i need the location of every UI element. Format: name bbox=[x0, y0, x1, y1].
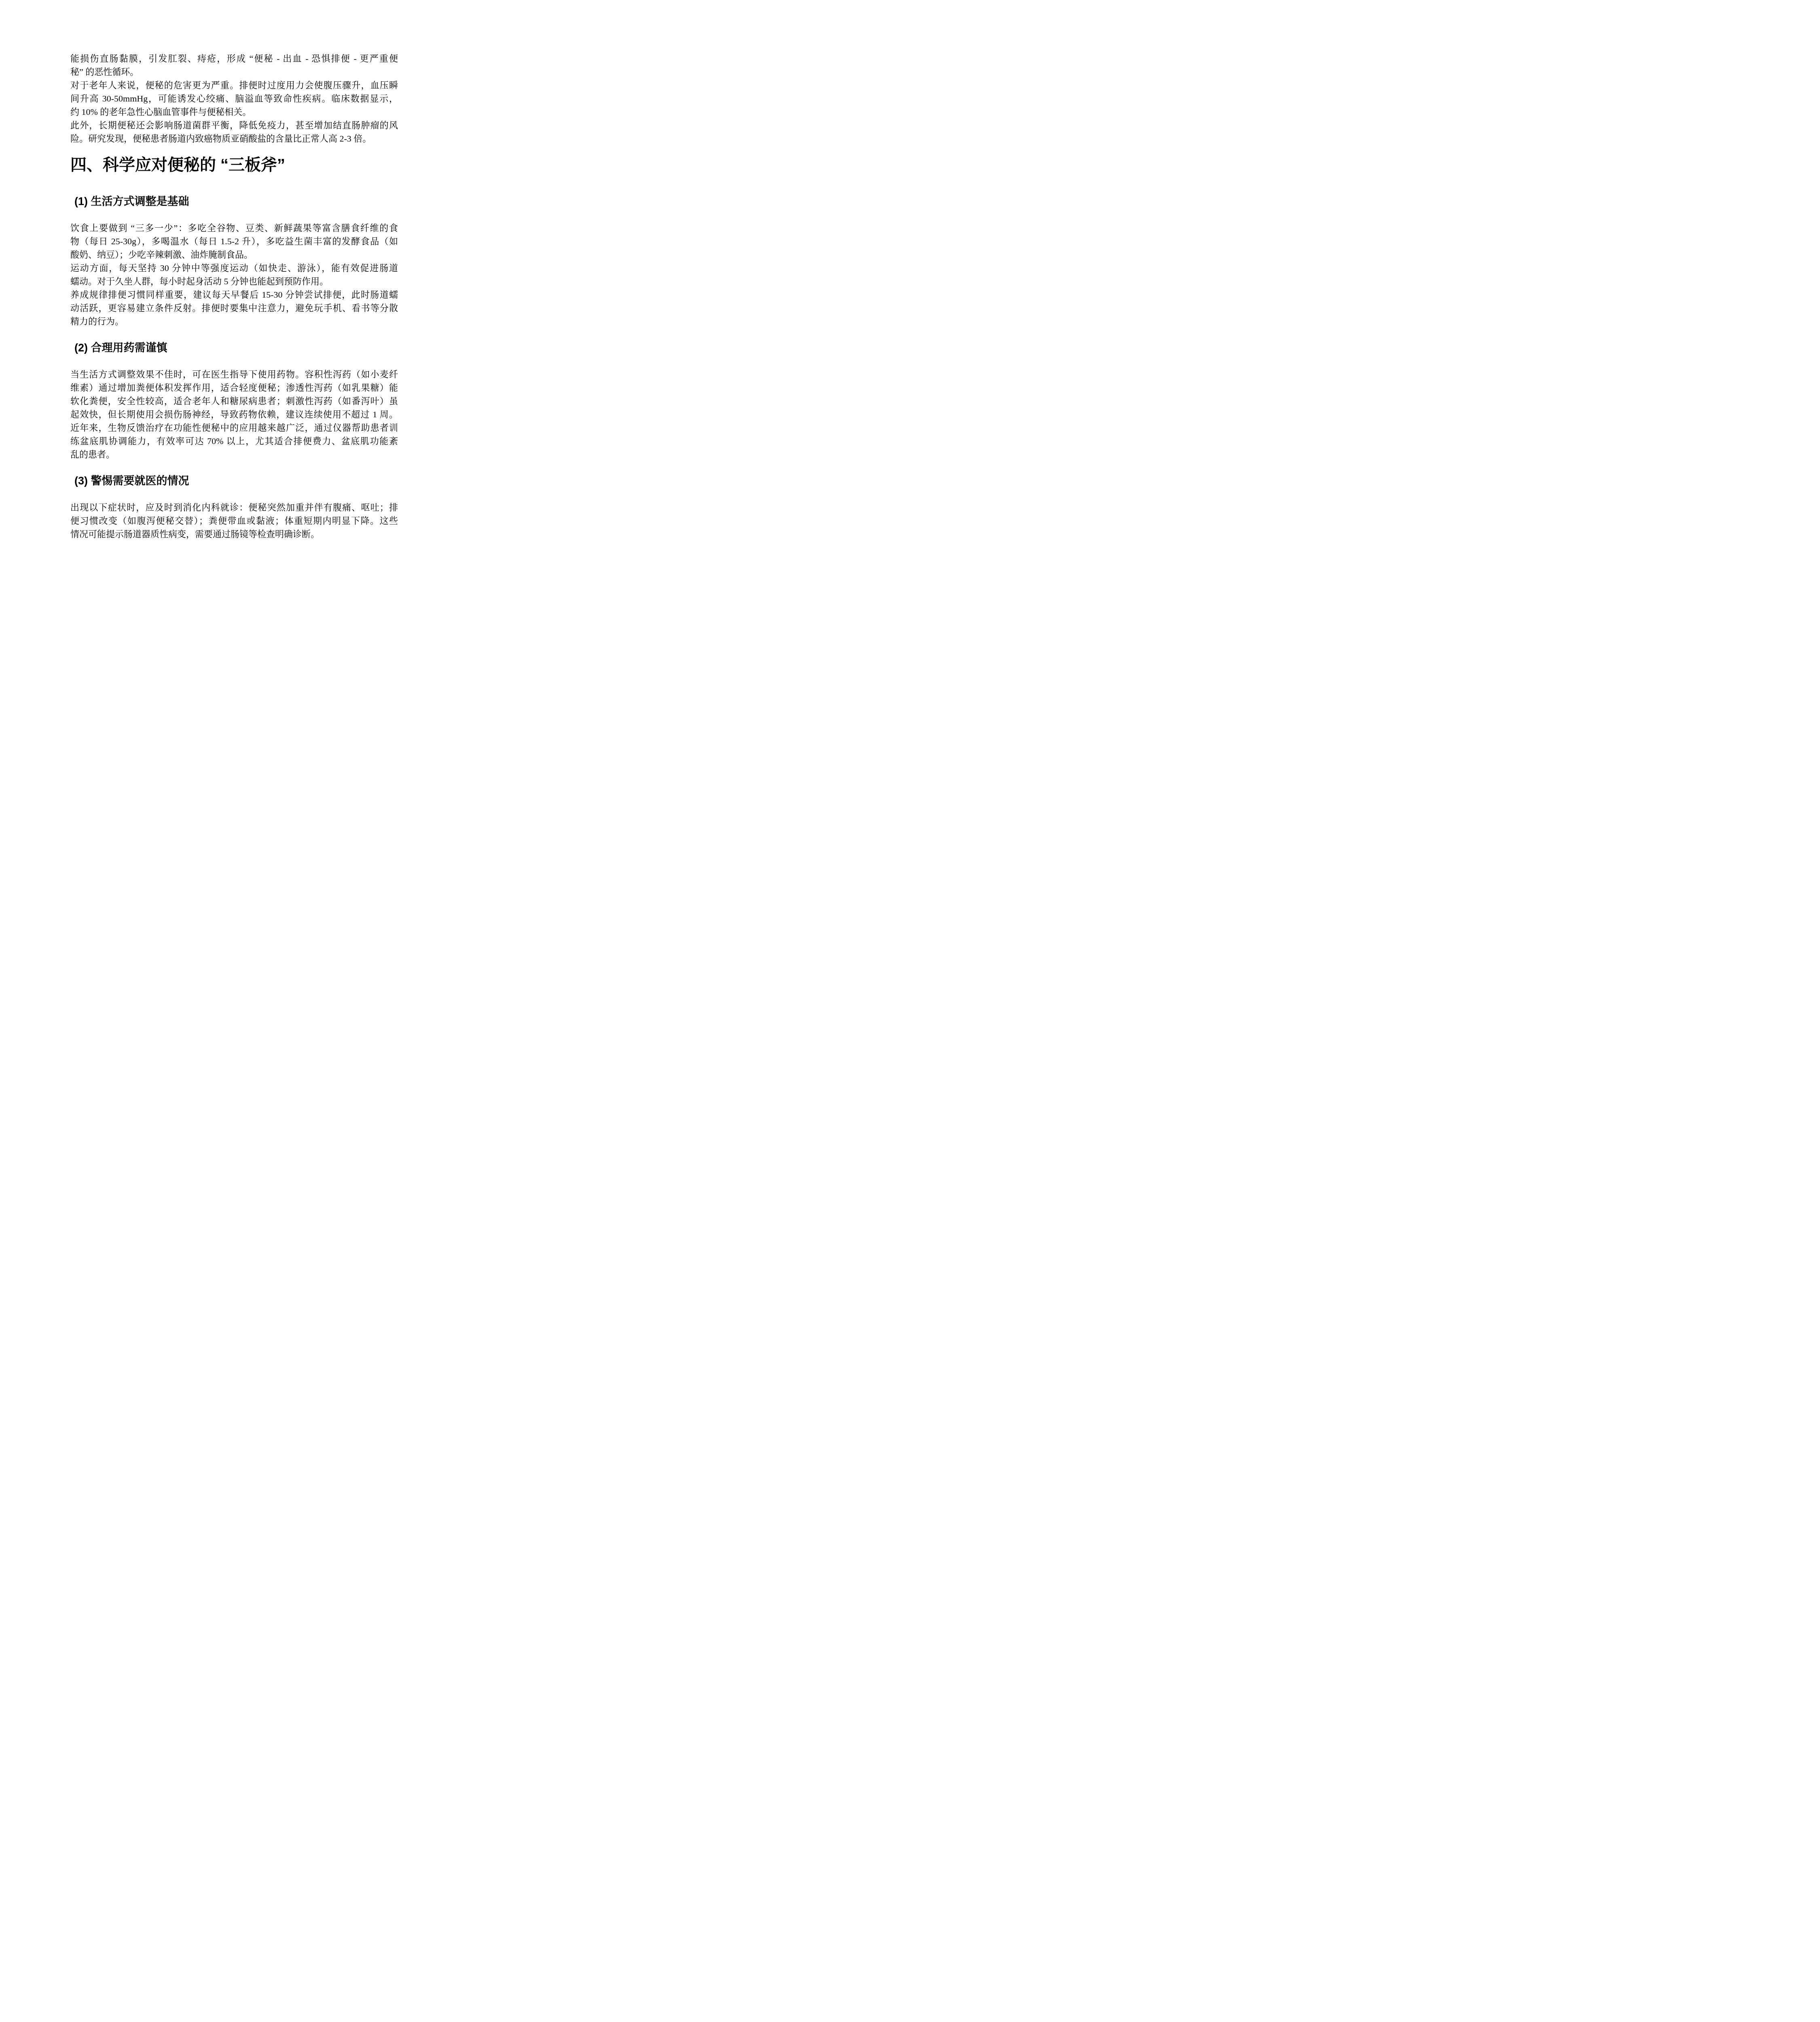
document-page: 能损伤直肠黏膜，引发肛裂、痔疮，形成 “便秘 - 出血 - 恐惧排便 - 更严重… bbox=[0, 0, 455, 643]
paragraph-line: 饮食上要做到 “三多一少”：多吃全谷物、豆类、新鲜蔬果等富含膳食纤维的食 bbox=[70, 221, 398, 235]
subsection-2-heading: (2) 合理用药需谨慎 bbox=[70, 340, 398, 355]
paragraph-line: 养成规律排便习惯同样重要，建议每天早餐后 15-30 分钟尝试排便，此时肠道蠕 bbox=[70, 288, 398, 301]
paragraph-line: 起效快，但长期使用会损伤肠神经，导致药物依赖，建议连续使用不超过 1 周。 bbox=[70, 408, 398, 421]
paragraph-line: 蠕动。对于久坐人群，每小时起身活动 5 分钟也能起到预防作用。 bbox=[70, 275, 398, 288]
paragraph-line: 动活跃，更容易建立条件反射。排便时要集中注意力，避免玩手机、看书等分散 bbox=[70, 301, 398, 315]
paragraph-line: 精力的行为。 bbox=[70, 315, 398, 328]
paragraph-line: 能损伤直肠黏膜，引发肛裂、痔疮，形成 “便秘 - 出血 - 恐惧排便 - 更严重… bbox=[70, 52, 398, 65]
paragraph-line: 近年来，生物反馈治疗在功能性便秘中的应用越来越广泛，通过仪器帮助患者训 bbox=[70, 421, 398, 434]
paragraph-line: 软化粪便，安全性较高，适合老年人和糖尿病患者；刺激性泻药（如番泻叶）虽 bbox=[70, 394, 398, 408]
paragraph-line: 秘” 的恶性循环。 bbox=[70, 65, 398, 78]
paragraph-line: 物（每日 25-30g），多喝温水（每日 1.5-2 升），多吃益生菌丰富的发酵… bbox=[70, 235, 398, 248]
subsection-1-heading: (1) 生活方式调整是基础 bbox=[70, 194, 398, 209]
section-heading: 四、科学应对便秘的 “三板斧” bbox=[70, 155, 398, 175]
subsection-3-heading: (3) 警惕需要就医的情况 bbox=[70, 473, 398, 489]
paragraph-line: 当生活方式调整效果不佳时，可在医生指导下使用药物。容积性泻药（如小麦纤 bbox=[70, 368, 398, 381]
paragraph-line: 酸奶、纳豆）；少吃辛辣刺激、油炸腌制食品。 bbox=[70, 248, 398, 261]
paragraph-line: 练盆底肌协调能力，有效率可达 70% 以上，尤其适合排便费力、盆底肌功能紊 bbox=[70, 434, 398, 448]
paragraph-line: 便习惯改变（如腹泻便秘交替）；粪便带血或黏液；体重短期内明显下降。这些 bbox=[70, 514, 398, 527]
paragraph-line: 情况可能提示肠道器质性病变，需要通过肠镜等检查明确诊断。 bbox=[70, 527, 398, 541]
paragraph-line: 运动方面，每天坚持 30 分钟中等强度运动（如快走、游泳），能有效促进肠道 bbox=[70, 261, 398, 275]
paragraph-line: 维素）通过增加粪便体积发挥作用，适合轻度便秘；渗透性泻药（如乳果糖）能 bbox=[70, 381, 398, 394]
paragraph-line: 此外，长期便秘还会影响肠道菌群平衡，降低免疫力，甚至增加结直肠肿瘤的风 bbox=[70, 118, 398, 132]
document-content: 能损伤直肠黏膜，引发肛裂、痔疮，形成 “便秘 - 出血 - 恐惧排便 - 更严重… bbox=[0, 0, 455, 541]
paragraph-line: 乱的患者。 bbox=[70, 448, 398, 461]
paragraph-line: 出现以下症状时，应及时到消化内科就诊：便秘突然加重并伴有腹痛、呕吐；排 bbox=[70, 501, 398, 514]
paragraph-line: 间升高 30-50mmHg，可能诱发心绞痛、脑溢血等致命性疾病。临床数据显示， bbox=[70, 92, 398, 105]
paragraph-line: 对于老年人来说，便秘的危害更为严重。排便时过度用力会使腹压骤升，血压瞬 bbox=[70, 78, 398, 92]
paragraph-line: 约 10% 的老年急性心脑血管事件与便秘相关。 bbox=[70, 105, 398, 118]
paragraph-line: 险。研究发现，便秘患者肠道内致癌物质亚硝酸盐的含量比正常人高 2-3 倍。 bbox=[70, 132, 398, 145]
